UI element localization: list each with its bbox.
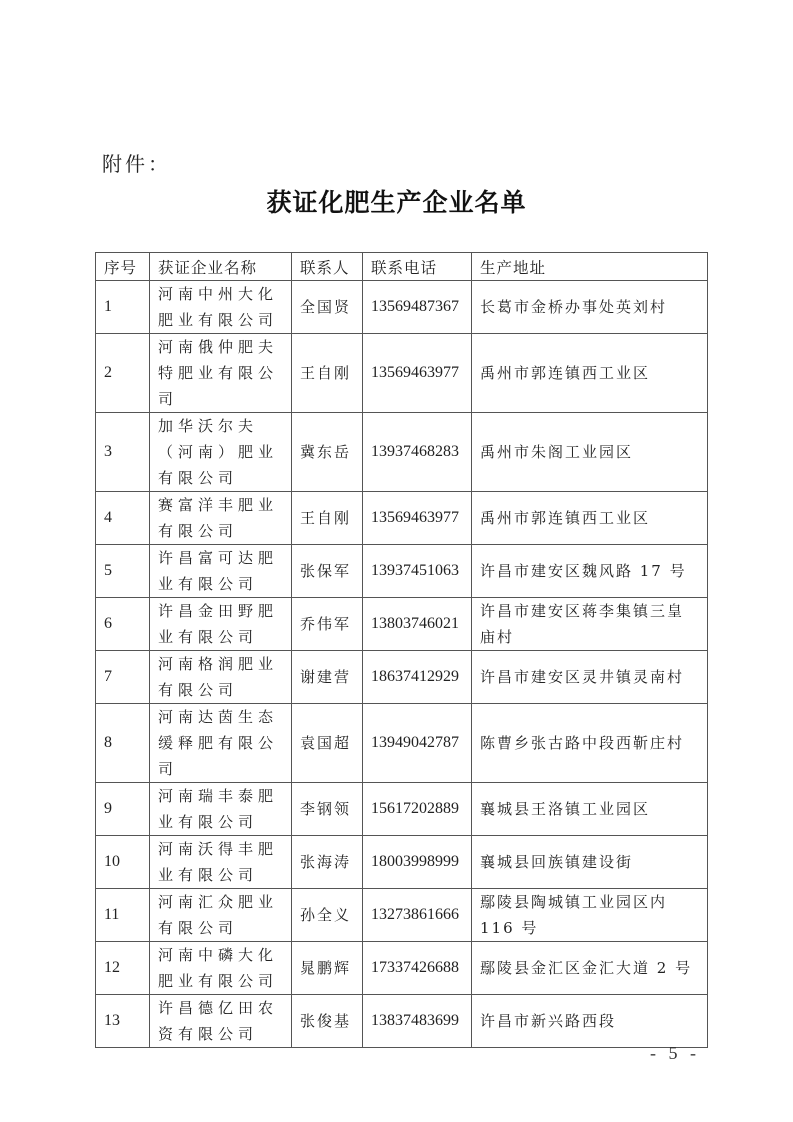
cell-contact: 王自刚 xyxy=(292,492,363,545)
cell-contact: 李钢领 xyxy=(292,783,363,836)
cell-address: 许昌市新兴路西段 xyxy=(472,995,708,1048)
cell-company: 河南达茵生态缓释肥有限公司 xyxy=(150,704,292,783)
cell-index: 11 xyxy=(96,889,150,942)
cell-company: 河南中磷大化肥业有限公司 xyxy=(150,942,292,995)
cell-phone: 13937451063 xyxy=(363,545,472,598)
cell-phone: 13569463977 xyxy=(363,334,472,413)
cell-address: 襄城县王洛镇工业园区 xyxy=(472,783,708,836)
cell-address: 许昌市建安区灵井镇灵南村 xyxy=(472,651,708,704)
cell-address: 鄢陵县金汇区金汇大道 2 号 xyxy=(472,942,708,995)
cell-contact: 张海涛 xyxy=(292,836,363,889)
cell-phone: 18637412929 xyxy=(363,651,472,704)
table-row: 1 河南中州大化肥业有限公司 全国贤 13569487367 长葛市金桥办事处英… xyxy=(96,281,708,334)
table-row: 4 赛富洋丰肥业有限公司 王自刚 13569463977 禹州市郭连镇西工业区 xyxy=(96,492,708,545)
table-row: 7 河南格润肥业有限公司 谢建营 18637412929 许昌市建安区灵井镇灵南… xyxy=(96,651,708,704)
table-row: 6 许昌金田野肥业有限公司 乔伟军 13803746021 许昌市建安区蒋李集镇… xyxy=(96,598,708,651)
page-title: 获证化肥生产企业名单 xyxy=(0,183,793,219)
cell-address: 禹州市朱阁工业园区 xyxy=(472,413,708,492)
cell-company: 河南俄仲肥夫特肥业有限公司 xyxy=(150,334,292,413)
cell-index: 4 xyxy=(96,492,150,545)
header-contact: 联系人 xyxy=(292,253,363,281)
cell-phone: 15617202889 xyxy=(363,783,472,836)
header-address: 生产地址 xyxy=(472,253,708,281)
cell-contact: 全国贤 xyxy=(292,281,363,334)
cell-phone: 17337426688 xyxy=(363,942,472,995)
cell-index: 6 xyxy=(96,598,150,651)
cell-address: 禹州市郭连镇西工业区 xyxy=(472,492,708,545)
header-company: 获证企业名称 xyxy=(150,253,292,281)
cell-company: 许昌富可达肥业有限公司 xyxy=(150,545,292,598)
cell-index: 3 xyxy=(96,413,150,492)
cell-company: 加华沃尔夫（河南）肥业有限公司 xyxy=(150,413,292,492)
cell-contact: 张保军 xyxy=(292,545,363,598)
cell-address: 陈曹乡张古路中段西靳庄村 xyxy=(472,704,708,783)
cell-company: 河南瑞丰泰肥业有限公司 xyxy=(150,783,292,836)
cell-phone: 13273861666 xyxy=(363,889,472,942)
cell-index: 1 xyxy=(96,281,150,334)
cell-address: 鄢陵县陶城镇工业园区内 116 号 xyxy=(472,889,708,942)
cell-phone: 13949042787 xyxy=(363,704,472,783)
cell-contact: 谢建营 xyxy=(292,651,363,704)
cell-address: 襄城县回族镇建设街 xyxy=(472,836,708,889)
cell-phone: 13569463977 xyxy=(363,492,472,545)
cell-phone: 13803746021 xyxy=(363,598,472,651)
cell-company: 赛富洋丰肥业有限公司 xyxy=(150,492,292,545)
table-header-row: 序号 获证企业名称 联系人 联系电话 生产地址 xyxy=(96,253,708,281)
certified-enterprise-table: 序号 获证企业名称 联系人 联系电话 生产地址 1 河南中州大化肥业有限公司 全… xyxy=(95,252,708,1048)
cell-index: 8 xyxy=(96,704,150,783)
cell-company: 河南中州大化肥业有限公司 xyxy=(150,281,292,334)
header-phone: 联系电话 xyxy=(363,253,472,281)
cell-index: 7 xyxy=(96,651,150,704)
cell-index: 13 xyxy=(96,995,150,1048)
cell-company: 河南汇众肥业有限公司 xyxy=(150,889,292,942)
table-row: 9 河南瑞丰泰肥业有限公司 李钢领 15617202889 襄城县王洛镇工业园区 xyxy=(96,783,708,836)
cell-phone: 13937468283 xyxy=(363,413,472,492)
cell-contact: 孙全义 xyxy=(292,889,363,942)
cell-address: 长葛市金桥办事处英刘村 xyxy=(472,281,708,334)
cell-index: 5 xyxy=(96,545,150,598)
cell-index: 12 xyxy=(96,942,150,995)
cell-address: 许昌市建安区魏风路 17 号 xyxy=(472,545,708,598)
table-row: 10 河南沃得丰肥业有限公司 张海涛 18003998999 襄城县回族镇建设街 xyxy=(96,836,708,889)
cell-phone: 13569487367 xyxy=(363,281,472,334)
table-row: 5 许昌富可达肥业有限公司 张保军 13937451063 许昌市建安区魏风路 … xyxy=(96,545,708,598)
cell-index: 2 xyxy=(96,334,150,413)
table-row: 3 加华沃尔夫（河南）肥业有限公司 冀东岳 13937468283 禹州市朱阁工… xyxy=(96,413,708,492)
table-body: 1 河南中州大化肥业有限公司 全国贤 13569487367 长葛市金桥办事处英… xyxy=(96,281,708,1048)
table-row: 13 许昌德亿田农资有限公司 张俊基 13837483699 许昌市新兴路西段 xyxy=(96,995,708,1048)
table-row: 11 河南汇众肥业有限公司 孙全义 13273861666 鄢陵县陶城镇工业园区… xyxy=(96,889,708,942)
cell-contact: 张俊基 xyxy=(292,995,363,1048)
cell-index: 9 xyxy=(96,783,150,836)
cell-contact: 乔伟军 xyxy=(292,598,363,651)
cell-contact: 袁国超 xyxy=(292,704,363,783)
cell-company: 河南格润肥业有限公司 xyxy=(150,651,292,704)
cell-address: 禹州市郭连镇西工业区 xyxy=(472,334,708,413)
header-index: 序号 xyxy=(96,253,150,281)
cell-contact: 王自刚 xyxy=(292,334,363,413)
cell-contact: 冀东岳 xyxy=(292,413,363,492)
cell-contact: 晁鹏辉 xyxy=(292,942,363,995)
table-row: 2 河南俄仲肥夫特肥业有限公司 王自刚 13569463977 禹州市郭连镇西工… xyxy=(96,334,708,413)
cell-index: 10 xyxy=(96,836,150,889)
page-number: - 5 - xyxy=(650,1043,700,1064)
cell-address: 许昌市建安区蒋李集镇三皇庙村 xyxy=(472,598,708,651)
cell-company: 河南沃得丰肥业有限公司 xyxy=(150,836,292,889)
cell-company: 许昌德亿田农资有限公司 xyxy=(150,995,292,1048)
attachment-label: 附件： xyxy=(102,148,171,177)
table-row: 12 河南中磷大化肥业有限公司 晁鹏辉 17337426688 鄢陵县金汇区金汇… xyxy=(96,942,708,995)
cell-phone: 13837483699 xyxy=(363,995,472,1048)
cell-company: 许昌金田野肥业有限公司 xyxy=(150,598,292,651)
table-row: 8 河南达茵生态缓释肥有限公司 袁国超 13949042787 陈曹乡张古路中段… xyxy=(96,704,708,783)
cell-phone: 18003998999 xyxy=(363,836,472,889)
